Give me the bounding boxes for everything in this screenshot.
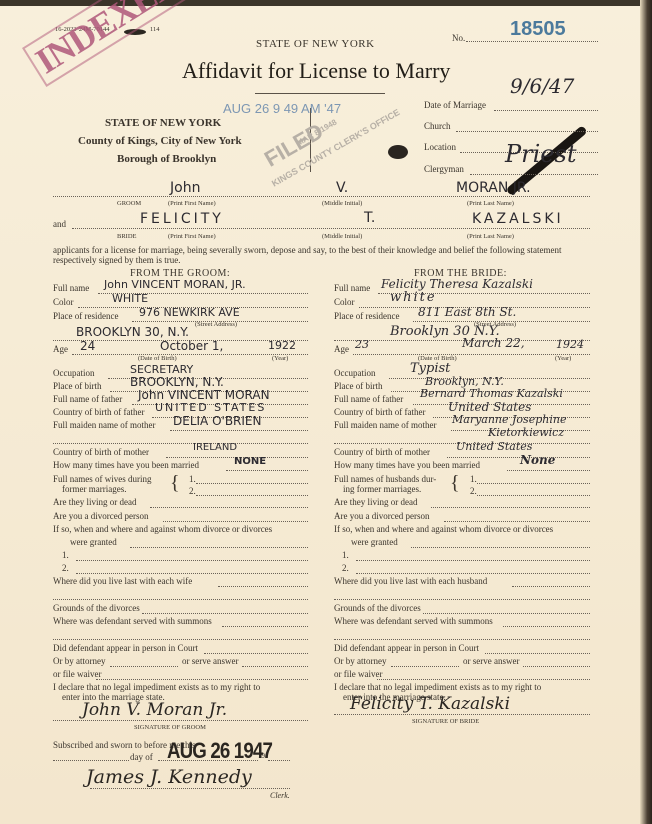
groom-mother-maiden-label: Full maiden name of mother [53, 420, 155, 430]
groom-last-lived-line [218, 586, 308, 587]
date-of-marriage-value: 9/6/47 [510, 74, 574, 98]
bride-mother-country-line [447, 457, 590, 458]
location-label: Location [424, 142, 456, 152]
groom-spouse-2-line [196, 495, 308, 496]
groom-waiver-label: or file waiver [53, 669, 101, 679]
groom-times-married-label: How many times have you been married [53, 460, 199, 470]
groom-father-name-value: John VINCENT MORAN [138, 388, 270, 402]
clergyman-value: Priest [505, 140, 576, 168]
groom-first-name: John [170, 180, 200, 196]
venue-county: County of Kings, City of New York [78, 135, 242, 147]
groom-color-value: WHITE [112, 292, 148, 305]
bride-times-married-value: None [520, 453, 555, 467]
groom-divorce-2-number: 2. [62, 563, 69, 573]
groom-father-country-label: Country of birth of father [53, 407, 144, 417]
groom-residence-street: 976 NEWKIRK AVE [139, 306, 240, 319]
bride-divorce-1-number: 1. [342, 550, 349, 560]
groom-spouses-brace: { [170, 472, 180, 495]
bride-attorney-label: Or by attorney [334, 656, 386, 666]
bride-grounds-label: Grounds of the divorces [334, 603, 421, 613]
bride-dob-value: March 22, [462, 336, 525, 350]
groom-spouses-label-2: former marriages. [62, 484, 126, 494]
groom-were-granted-line [130, 547, 308, 548]
groom-residence-label: Place of residence [53, 311, 118, 321]
bride-occupation-value: Typist [410, 361, 450, 376]
groom-spouse-1-line [196, 483, 308, 484]
bride-attorney-line [391, 666, 459, 667]
bride-occupation-label: Occupation [334, 368, 375, 378]
groom-divorce-1-line [76, 560, 308, 561]
bride-signature-caption: SIGNATURE OF BRIDE [412, 718, 479, 725]
groom-street-caption: (Street Address) [195, 321, 237, 328]
bride-summons-label: Where was defendant served with summons [334, 616, 493, 626]
state-heading: STATE OF NEW YORK [256, 38, 375, 50]
form-suffix: 114 [150, 26, 160, 33]
clergyman-line [470, 174, 598, 175]
bride-mother-maiden-value-2: Kietorkiewicz [488, 426, 564, 439]
groom-mother-extra-line [53, 443, 308, 444]
bride-summons-line [503, 626, 590, 627]
bride-last-caption: (Print Last Name) [467, 233, 514, 240]
bride-middle-caption: (Middle Initial) [322, 233, 362, 240]
bride-middle-initial: T. [364, 210, 375, 226]
bride-divorce-1-line [356, 560, 590, 561]
groom-summons-line-2 [53, 639, 308, 640]
groom-signature-line [53, 720, 308, 721]
bride-mother-country-value: United States [456, 440, 532, 453]
sworn-date-stamp: AUG 26 1947 [167, 738, 272, 764]
bride-grounds-line [423, 613, 590, 614]
bride-father-name-value: Bernard Thomas Kazalski [420, 387, 563, 400]
date-of-marriage-line [494, 110, 598, 111]
bride-last-lived-line-2 [334, 599, 590, 600]
bride-waiver-line [377, 679, 590, 680]
bride-living-dead-label: Are they living or dead [334, 497, 417, 507]
groom-mother-country-value: IRELAND [193, 442, 237, 453]
clerk-signature: James J. Kennedy [86, 766, 252, 788]
groom-full-name-value: John VINCENT MORAN, JR. [104, 278, 246, 291]
groom-grounds-label: Grounds of the divorces [53, 603, 140, 613]
bride-appear-label: Did defendant appear in person in Court [334, 643, 479, 653]
bride-waiver-label: or file waiver [334, 669, 382, 679]
bride-spouse-1-number: 1. [470, 474, 477, 484]
bride-spouse-2-line [477, 495, 590, 496]
bride-age-label: Age [334, 344, 349, 354]
bride-spouses-brace: { [450, 472, 460, 495]
groom-summons-line [222, 626, 308, 627]
groom-birthplace-label: Place of birth [53, 381, 102, 391]
groom-living-dead-line [150, 507, 308, 508]
groom-spouse-2-number: 2. [189, 486, 196, 496]
number-line [466, 41, 598, 42]
bride-divorced-line [444, 521, 590, 522]
bride-living-dead-line [431, 507, 590, 508]
groom-attorney-label: Or by attorney [53, 656, 105, 666]
license-number: 18505 [510, 18, 566, 41]
groom-spouse-1-number: 1. [189, 474, 196, 484]
bride-were-granted-line [411, 547, 590, 548]
groom-summons-label: Where was defendant served with summons [53, 616, 212, 626]
bride-color-value: white [390, 290, 437, 305]
bride-color-label: Color [334, 297, 355, 307]
clergyman-label: Clergyman [424, 164, 464, 174]
groom-waiver-line [96, 679, 308, 680]
groom-dob-value: October 1, [160, 339, 223, 353]
filed-time-stamp: AUG 26 9 49 AM '47 [223, 101, 341, 116]
bride-answer-label: or serve answer [463, 656, 519, 666]
day-of-label: day of [130, 752, 153, 762]
bride-birth-year: 1924 [556, 338, 584, 351]
bride-summons-line-2 [334, 639, 590, 640]
groom-father-country-value: UNITED STATES [155, 401, 266, 414]
bride-spouses-label-2: ing former marriages. [343, 484, 421, 494]
bride-father-country-label: Country of birth of father [334, 407, 425, 417]
groom-divorce-1-number: 1. [62, 550, 69, 560]
groom-year-caption: (Year) [272, 355, 288, 362]
groom-grounds-line [142, 613, 308, 614]
bride-mother-maiden-label: Full maiden name of mother [334, 420, 436, 430]
bride-spouse-1-line [477, 483, 590, 484]
groom-attorney-line [110, 666, 178, 667]
groom-last-lived-label: Where did you live last with each wife [53, 576, 192, 586]
bride-full-name-label: Full name [334, 283, 370, 293]
bride-times-married-line [507, 470, 590, 471]
bride-full-name-value: Felicity Theresa Kazalski [381, 277, 533, 291]
groom-dob-caption: (Date of Birth) [138, 355, 177, 362]
church-label: Church [424, 121, 451, 131]
page-right-edge [640, 0, 652, 824]
groom-middle-initial: V. [336, 180, 348, 196]
groom-times-married-value: NONE [234, 456, 266, 467]
groom-name-line [53, 196, 590, 197]
groom-father-name-label: Full name of father [53, 394, 122, 404]
bride-last-lived-line [512, 586, 590, 587]
bride-first-caption: (Print First Name) [168, 233, 216, 240]
bride-first-name: FELICITY [140, 211, 224, 227]
date-of-marriage-label: Date of Marriage [424, 100, 486, 110]
venue-borough: Borough of Brooklyn [117, 153, 216, 165]
bride-age-value: 23 [355, 338, 369, 351]
clerk-signature-line [90, 788, 290, 789]
bride-mother-maiden-value: Maryanne Josephine [452, 413, 566, 426]
groom-first-caption: (Print First Name) [168, 200, 216, 207]
groom-label: GROOM [117, 200, 141, 207]
groom-answer-line [242, 666, 308, 667]
bride-father-country-value: United States [448, 400, 531, 414]
bride-appear-line [485, 653, 590, 654]
church-line [456, 131, 598, 132]
groom-full-name-label: Full name [53, 283, 89, 293]
bride-mother-country-label: Country of birth of mother [334, 447, 430, 457]
groom-appear-label: Did defendant appear in person in Court [53, 643, 198, 653]
bride-divorce-2-number: 2. [342, 563, 349, 573]
groom-last-name: MORAN JR. [456, 180, 531, 196]
oath-statement: applicants for a license for marriage, b… [53, 245, 593, 265]
groom-birth-year: 1922 [268, 339, 296, 352]
groom-last-lived-line-2 [53, 599, 308, 600]
bride-name-line [72, 228, 590, 229]
bride-last-name: KAZALSKI [472, 211, 564, 227]
bride-last-lived-label: Where did you live last with each husban… [334, 576, 487, 586]
bride-signature: Felicity T. Kazalski [350, 694, 510, 714]
groom-mother-maiden-line [170, 430, 308, 431]
groom-occupation-label: Occupation [53, 368, 94, 378]
bride-father-name-label: Full name of father [334, 394, 403, 404]
bride-divorced-label: Are you a divorced person [334, 511, 429, 521]
venue-state: STATE OF NEW YORK [105, 117, 221, 129]
number-label: No. [452, 33, 465, 43]
bride-times-married-label: How many times have you been married [334, 460, 480, 470]
groom-mother-maiden-value: DELIA O'BRIEN [173, 414, 261, 428]
bride-residence-street: 811 East 8th St. [418, 305, 516, 319]
clerk-label: Clerk. [270, 791, 290, 800]
groom-signature-caption: SIGNATURE OF GROOM [134, 724, 206, 731]
ink-blot [388, 145, 408, 159]
bride-divorce-when-label: If so, when and where and against whom d… [334, 524, 553, 534]
bride-year-caption: (Year) [555, 355, 571, 362]
bride-divorce-2-line [356, 573, 590, 574]
bride-label: BRIDE [117, 233, 137, 240]
groom-spouses-label: Full names of wives during [53, 474, 152, 484]
bride-birthplace-label: Place of birth [334, 381, 383, 391]
groom-color-label: Color [53, 297, 74, 307]
groom-appear-line [204, 653, 308, 654]
groom-divorced-line [163, 521, 308, 522]
bride-were-granted-label: were granted [351, 537, 398, 547]
groom-were-granted-label: were granted [70, 537, 117, 547]
groom-divorce-when-label: If so, when and where and against whom d… [53, 524, 272, 534]
groom-times-married-line [226, 470, 308, 471]
groom-divorce-2-line [76, 573, 308, 574]
and-label: and [53, 219, 66, 229]
groom-living-dead-label: Are they living or dead [53, 497, 136, 507]
bride-spouse-2-number: 2. [470, 486, 477, 496]
groom-declare-label: I declare that no legal impediment exist… [53, 682, 260, 692]
bride-residence-label: Place of residence [334, 311, 399, 321]
groom-age-label: Age [53, 344, 68, 354]
groom-age-value: 24 [80, 339, 95, 353]
groom-signature: John V. Moran Jr. [82, 700, 227, 720]
day-line [53, 760, 129, 761]
groom-mother-country-label: Country of birth of mother [53, 447, 149, 457]
document-title: Affidavit for License to Marry [182, 58, 450, 84]
groom-divorced-label: Are you a divorced person [53, 511, 148, 521]
groom-middle-caption: (Middle Initial) [322, 200, 362, 207]
groom-residence-city: BROOKLYN 30, N.Y. [76, 325, 189, 339]
groom-answer-label: or serve answer [182, 656, 238, 666]
bride-answer-line [523, 666, 590, 667]
groom-last-caption: (Print Last Name) [467, 200, 514, 207]
bride-spouses-label: Full names of husbands dur- [334, 474, 436, 484]
bride-signature-line [334, 714, 590, 715]
groom-birthplace-value: BROOKLYN, N.Y. [130, 375, 224, 389]
bride-declare-label: I declare that no legal impediment exist… [334, 682, 541, 692]
title-divider [255, 93, 385, 94]
